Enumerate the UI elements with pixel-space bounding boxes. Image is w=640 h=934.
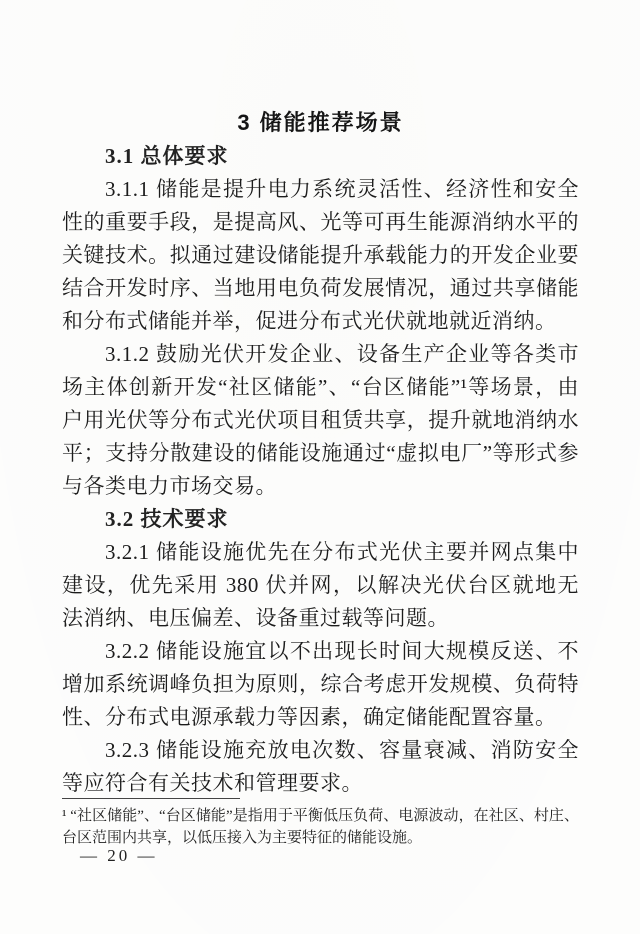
document-page: 3 储能推荐场景 3.1 总体要求 3.1.1 储能是提升电力系统灵活性、经济性… — [0, 0, 640, 934]
paragraph-3-2-2: 3.2.2 储能设施宜以不出现长时间大规模反送、不增加系统调峰负担为原则，综合考… — [62, 635, 579, 734]
paragraph-3-2-3: 3.2.3 储能设施充放电次数、容量衰减、消防安全等应符合有关技术和管理要求。 — [62, 734, 579, 800]
paragraph-3-1-1: 3.1.1 储能是提升电力系统灵活性、经济性和安全性的重要手段，是提高风、光等可… — [62, 173, 579, 338]
footnote-text: ¹ “社区储能”、“台区储能”是指用于平衡低压负荷、电源波动，在社区、村庄、台区… — [62, 805, 579, 849]
page-title: 3 储能推荐场景 — [62, 106, 579, 140]
document-content: 3 储能推荐场景 3.1 总体要求 3.1.1 储能是提升电力系统灵活性、经济性… — [62, 106, 579, 800]
section-heading-3-1: 3.1 总体要求 — [62, 140, 579, 173]
footnote-divider — [62, 798, 240, 799]
footnote-block: ¹ “社区储能”、“台区储能”是指用于平衡低压负荷、电源波动，在社区、村庄、台区… — [62, 798, 579, 849]
section-heading-3-2: 3.2 技术要求 — [62, 503, 579, 536]
paragraph-3-2-1: 3.2.1 储能设施优先在分布式光伏主要并网点集中建设，优先采用 380 伏并网… — [62, 536, 579, 635]
paragraph-3-1-2: 3.1.2 鼓励光伏开发企业、设备生产企业等各类市场主体创新开发“社区储能”、“… — [62, 338, 579, 503]
page-number: — 20 — — [80, 846, 158, 866]
